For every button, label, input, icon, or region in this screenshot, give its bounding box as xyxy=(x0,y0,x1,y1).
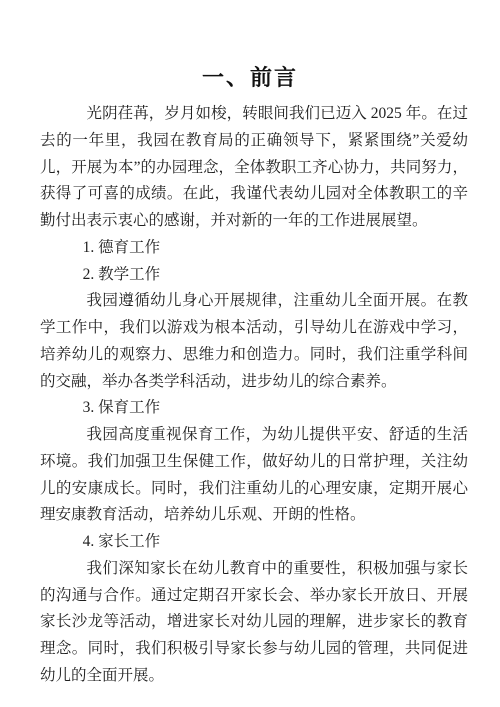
section-heading-teaching: 2. 教学工作 xyxy=(40,262,468,289)
section-heading-moral-education: 1. 德育工作 xyxy=(40,235,468,262)
section-heading-childcare: 3. 保育工作 xyxy=(40,395,468,422)
section-paragraph-parents: 我们深知家长在幼儿教育中的重要性，积极加强与家长的沟通与合作。通过定期召开家长会… xyxy=(40,556,468,690)
section-paragraph-childcare: 我园高度重视保育工作，为幼儿提供平安、舒适的生活环境。我们加强卫生保健工作，做好… xyxy=(40,422,468,529)
page-title: 一、前言 xyxy=(0,0,500,92)
section-heading-parents: 4. 家长工作 xyxy=(40,529,468,556)
document-page: 一、前言 光阴荏苒，岁月如梭，转眼间我们已迈入 2025 年。在过去的一年里，我… xyxy=(0,0,500,707)
section-paragraph-teaching: 我园遵循幼儿身心开展规律，注重幼儿全面开展。在教学工作中，我们以游戏为根本活动，… xyxy=(40,288,468,395)
document-body: 光阴荏苒，岁月如梭，转眼间我们已迈入 2025 年。在过去的一年里，我园在教育局… xyxy=(0,101,500,690)
intro-paragraph: 光阴荏苒，岁月如梭，转眼间我们已迈入 2025 年。在过去的一年里，我园在教育局… xyxy=(40,101,468,235)
